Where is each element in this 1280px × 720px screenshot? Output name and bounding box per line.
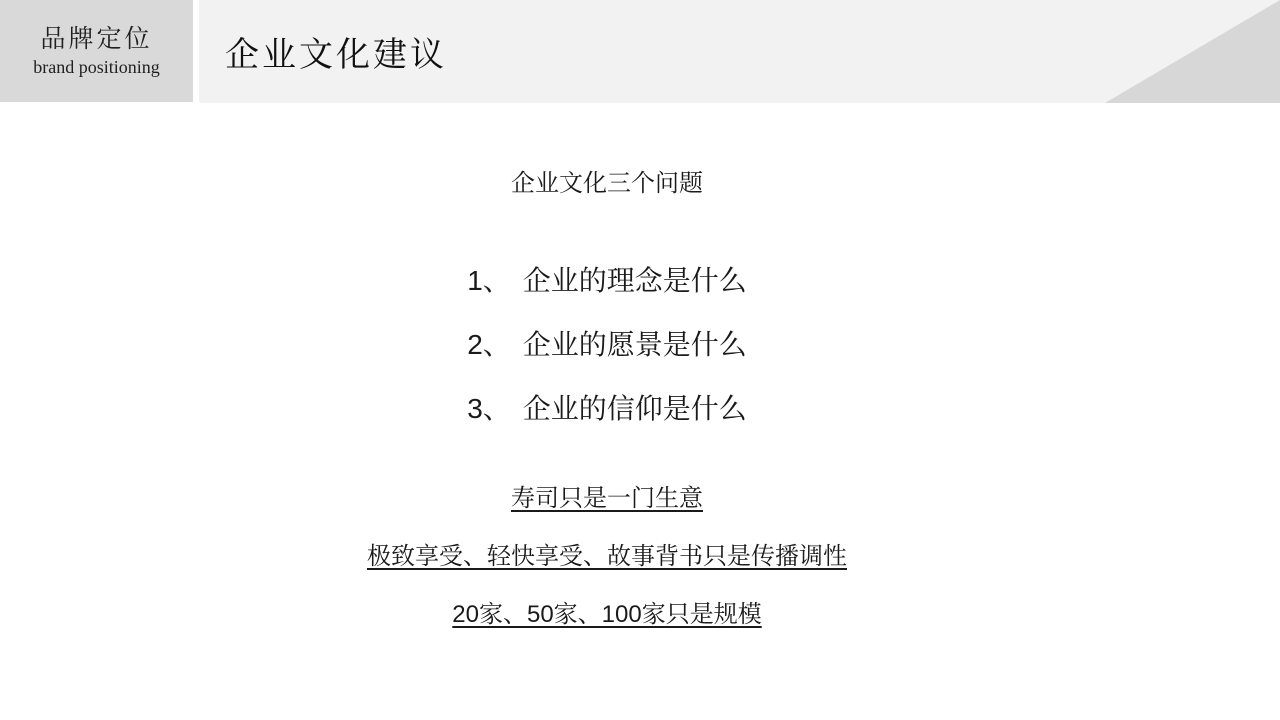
- question-number: 3、: [467, 393, 511, 424]
- questions-heading: 企业文化三个问题: [0, 169, 1214, 199]
- slide-content: 企业文化三个问题 1、企业的理念是什么 2、企业的愿景是什么 3、企业的信仰是什…: [0, 0, 1214, 720]
- question-item-3: 3、企业的信仰是什么: [0, 393, 1214, 425]
- question-number: 2、: [467, 329, 511, 360]
- question-number: 1、: [467, 265, 511, 296]
- question-item-1: 1、企业的理念是什么: [0, 265, 1214, 297]
- statement-line-3: 20家、50家、100家只是规模: [0, 601, 1214, 629]
- presentation-slide: 品牌定位 brand positioning 企业文化建议 企业文化三个问题 1…: [0, 0, 1280, 720]
- question-item-2: 2、企业的愿景是什么: [0, 329, 1214, 361]
- statement-line-2: 极致享受、轻快享受、故事背书只是传播调性: [0, 543, 1214, 571]
- question-text: 企业的愿景是什么: [523, 329, 747, 360]
- question-text: 企业的信仰是什么: [523, 393, 747, 424]
- question-text: 企业的理念是什么: [523, 265, 747, 296]
- statement-line-1: 寿司只是一门生意: [0, 485, 1214, 513]
